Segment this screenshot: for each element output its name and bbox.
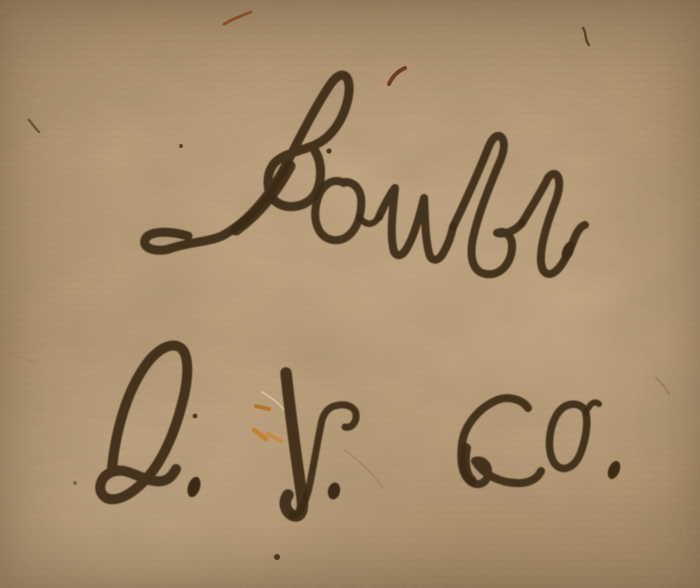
handwriting-svg [0,0,700,588]
paper-speck [73,481,77,485]
paper-speck [193,414,198,419]
paper-speck [274,554,280,560]
photo-of-inscription: Doubl. J. V. 20. [0,0,700,588]
paper-speck [179,144,183,148]
paper-speck [326,148,331,153]
